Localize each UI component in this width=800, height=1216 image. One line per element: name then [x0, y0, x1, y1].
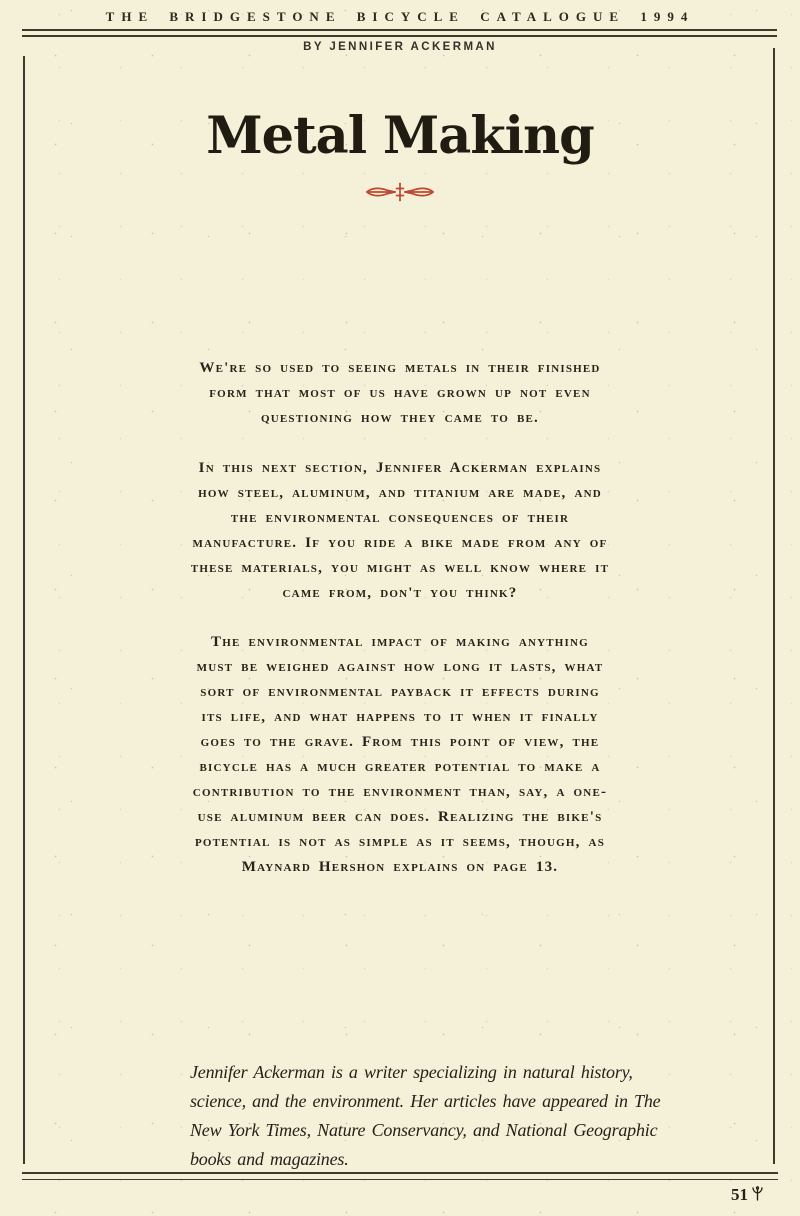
intro-paragraph-1: We're so used to seeing metals in their …	[130, 356, 670, 431]
text-line: came from, don't you think?	[130, 581, 670, 606]
author-credit: Jennifer Ackerman is a writer specializi…	[190, 1058, 660, 1174]
text-line: sort of environmental payback it effects…	[130, 680, 670, 705]
text-line: form that most of us have grown up not e…	[130, 381, 670, 406]
catalogue-page: THE BRIDGESTONE BICYCLE CATALOGUE 1994 B…	[0, 0, 800, 1216]
article-title: Metal Making	[0, 106, 800, 166]
text-line: manufacture. If you ride a bike made fro…	[130, 531, 670, 556]
text-line: We're so used to seeing metals in their …	[130, 356, 670, 381]
text-line: use aluminum beer can does. Realizing th…	[130, 805, 670, 830]
intro-paragraph-3: The environmental impact of making anyth…	[130, 630, 670, 880]
text-line: these materials, you might as well know …	[130, 556, 670, 581]
page-number: 51	[731, 1185, 748, 1205]
double-rule-top	[22, 29, 777, 37]
text-line: The environmental impact of making anyth…	[130, 630, 670, 655]
text-line: how steel, aluminum, and titanium are ma…	[130, 481, 670, 506]
byline: BY JENNIFER ACKERMAN	[0, 41, 800, 53]
text-line: potential is not as simple as it seems, …	[130, 830, 670, 855]
text-line: goes to the grave. From this point of vi…	[130, 730, 670, 755]
text-line: contribution to the environment than, sa…	[130, 780, 670, 805]
page-footer: 51	[731, 1185, 764, 1205]
fleuron-divider	[0, 182, 800, 202]
sprig-icon	[751, 1186, 764, 1201]
text-line: New York Times, Nature Conservancy, and …	[190, 1116, 660, 1145]
intro-paragraph-2: In this next section, Jennifer Ackerman …	[130, 456, 670, 606]
text-line: Jennifer Ackerman is a writer specializi…	[190, 1058, 660, 1087]
double-rule-bottom	[22, 1172, 778, 1180]
text-line: the environmental consequences of their	[130, 506, 670, 531]
page-border-left	[23, 56, 25, 1164]
text-line: questioning how they came to be.	[130, 406, 670, 431]
text-line: must be weighed against how long it last…	[130, 655, 670, 680]
text-line: its life, and what happens to it when it…	[130, 705, 670, 730]
text-line: Maynard Hershon explains on page 13.	[130, 855, 670, 880]
fleuron-divider-icon	[362, 182, 438, 202]
text-line: bicycle has a much greater potential to …	[130, 755, 670, 780]
catalogue-title: THE BRIDGESTONE BICYCLE CATALOGUE 1994	[0, 9, 800, 25]
page-border-right	[773, 48, 775, 1164]
text-line: science, and the environment. Her articl…	[190, 1087, 660, 1116]
text-line: In this next section, Jennifer Ackerman …	[130, 456, 670, 481]
text-line: books and magazines.	[190, 1145, 660, 1174]
